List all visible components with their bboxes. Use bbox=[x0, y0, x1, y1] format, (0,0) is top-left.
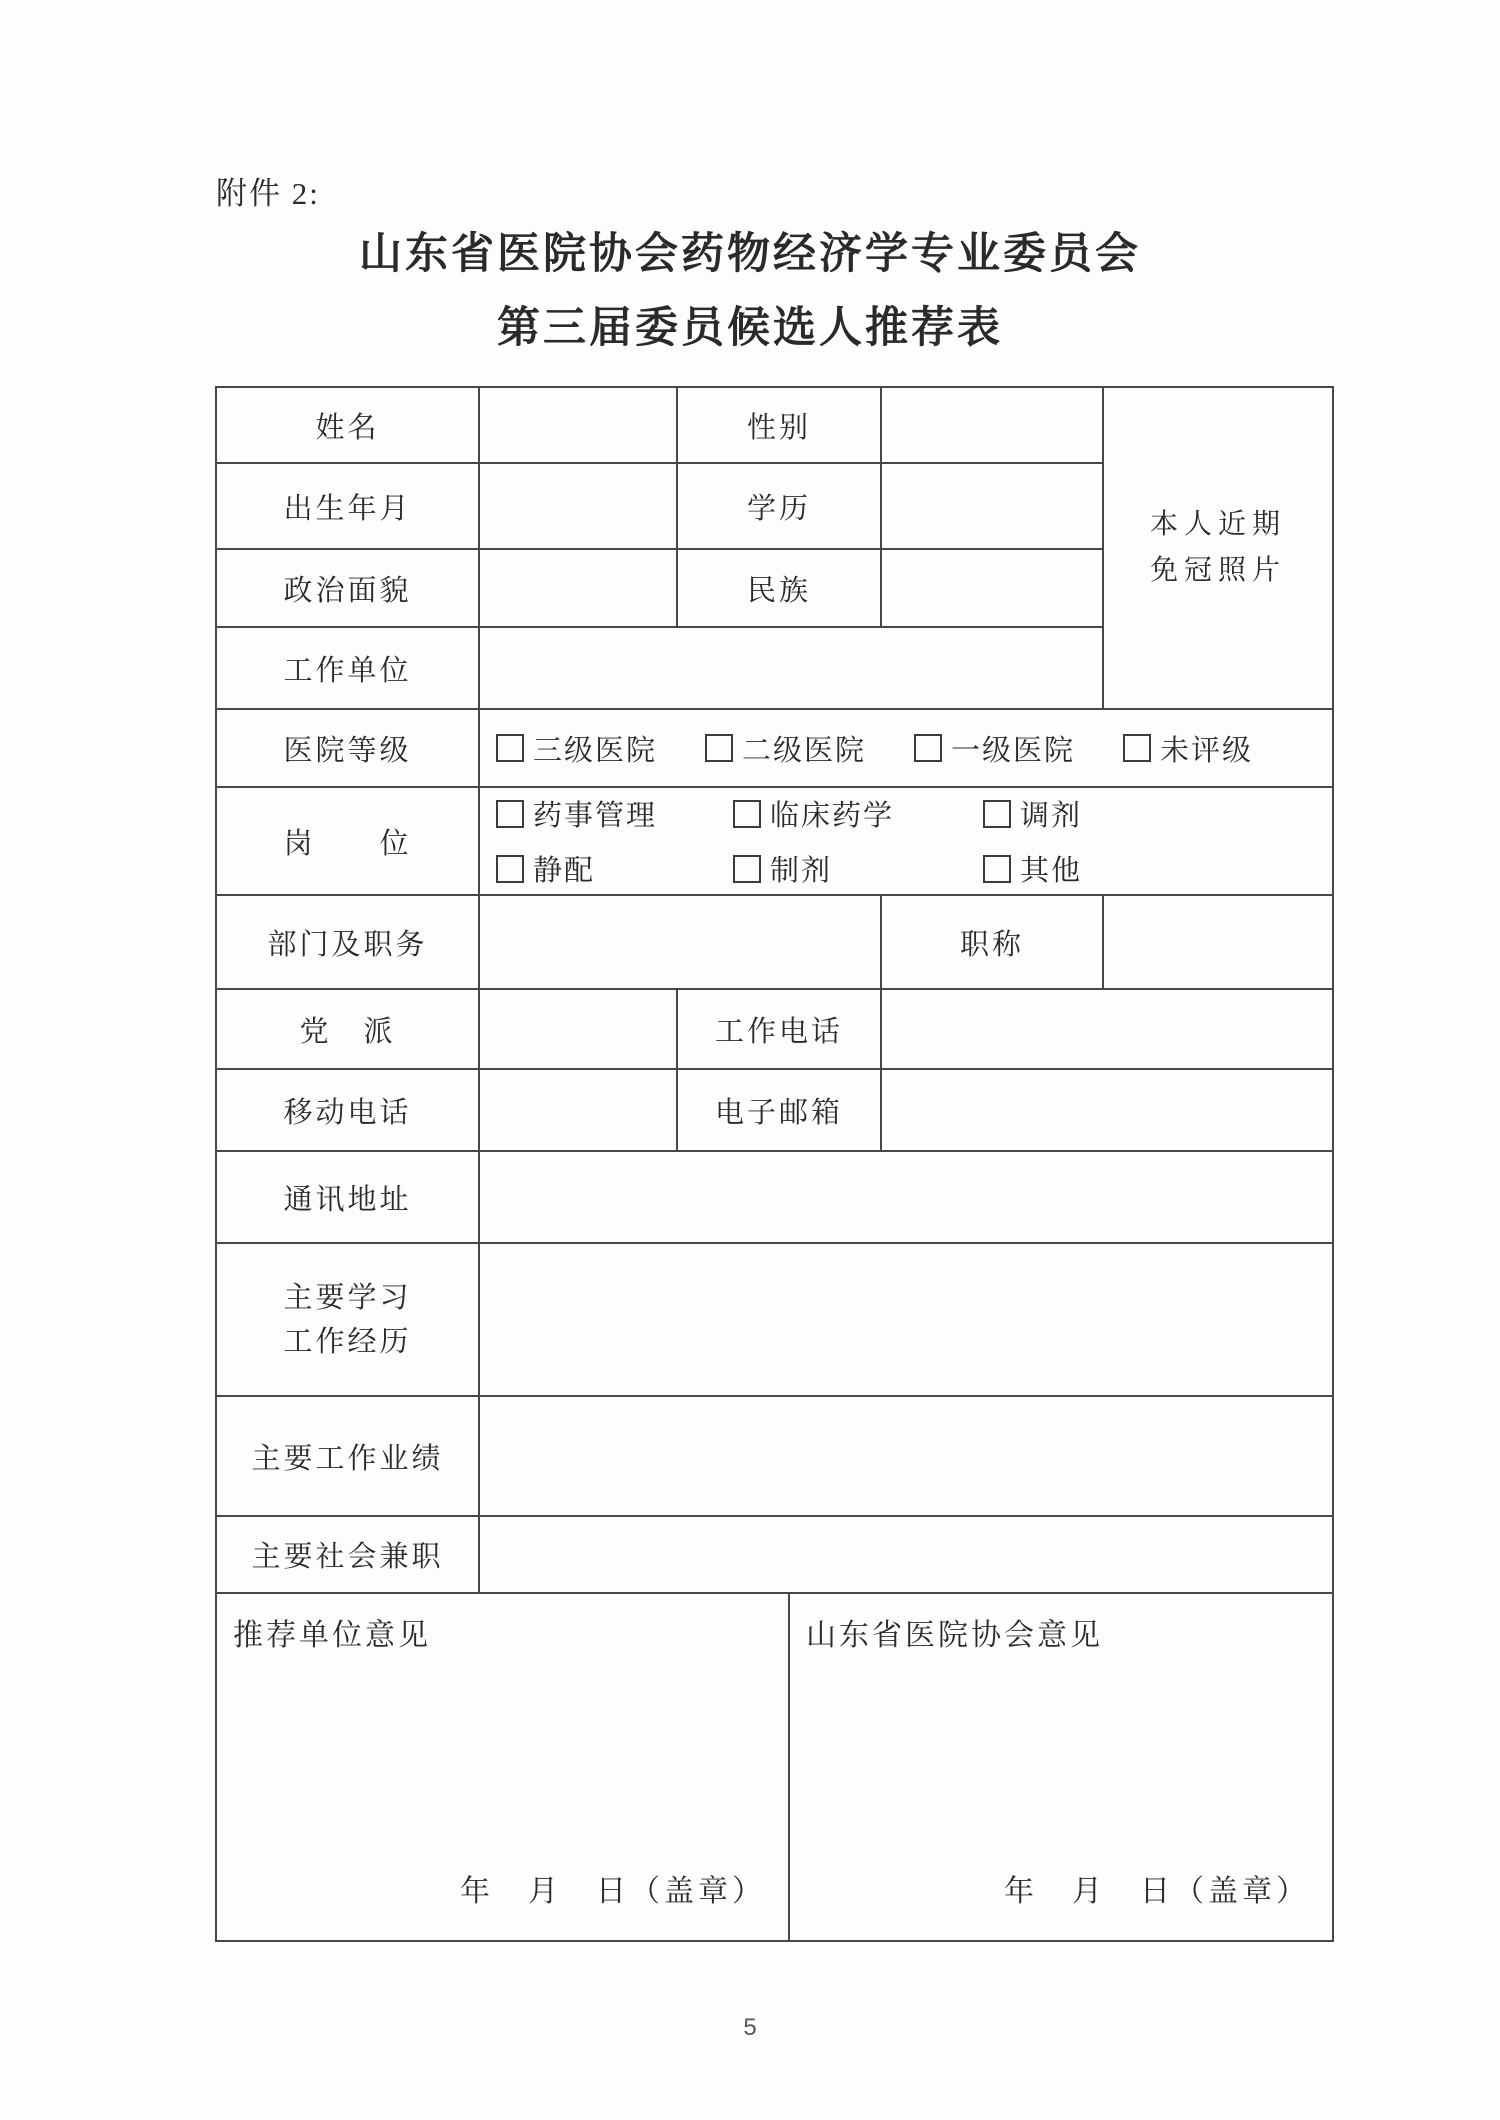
checkbox-icon bbox=[983, 855, 1011, 883]
checkbox-icon bbox=[1123, 734, 1151, 762]
option-tier2-hospital: 二级医院 bbox=[705, 728, 914, 769]
social-positions-value-cell bbox=[479, 1516, 1333, 1593]
department-label: 部门及职务 bbox=[216, 895, 479, 989]
achievements-label: 主要工作业绩 bbox=[216, 1396, 479, 1516]
option-unrated-hospital: 未评级 bbox=[1123, 728, 1332, 769]
option-label: 静配 bbox=[533, 848, 595, 889]
position-label: 岗 位 bbox=[216, 787, 479, 895]
history-label-line1: 主要学习 bbox=[217, 1276, 478, 1320]
hospital-level-label: 医院等级 bbox=[216, 709, 479, 787]
photo-note-line2: 免冠照片 bbox=[1104, 548, 1332, 594]
row-history: 主要学习 工作经历 bbox=[216, 1243, 1333, 1396]
option-other: 其他 bbox=[983, 848, 1332, 889]
row-hospital-level: 医院等级 三级医院 二级医院 一级医院 未评级 bbox=[216, 709, 1333, 787]
association-opinion-label: 山东省医院协会意见 bbox=[790, 1594, 1332, 1654]
recommendation-form-table: 姓名 性别 本人近期 免冠照片 出生年月 学历 政治面貌 民族 工作单位 医院等… bbox=[215, 386, 1334, 1942]
ethnicity-value-cell bbox=[881, 549, 1103, 627]
address-value-cell bbox=[479, 1151, 1333, 1243]
row-achievements: 主要工作业绩 bbox=[216, 1396, 1333, 1516]
row-department-title: 部门及职务 职称 bbox=[216, 895, 1333, 989]
option-label: 药事管理 bbox=[533, 793, 657, 834]
name-label: 姓名 bbox=[216, 387, 479, 463]
work-unit-value-cell bbox=[479, 627, 1103, 709]
mobile-phone-label: 移动电话 bbox=[216, 1069, 479, 1151]
option-iv-admixture: 静配 bbox=[496, 848, 733, 889]
recommending-unit-opinion-label: 推荐单位意见 bbox=[217, 1594, 788, 1654]
option-label: 未评级 bbox=[1160, 728, 1253, 769]
work-unit-label: 工作单位 bbox=[216, 627, 479, 709]
option-preparation: 制剂 bbox=[733, 848, 983, 889]
row-position: 岗 位 药事管理 临床药学 调剂 静配 制剂 其他 bbox=[216, 787, 1333, 895]
study-work-history-label: 主要学习 工作经历 bbox=[216, 1243, 479, 1396]
option-tier1-hospital: 一级医院 bbox=[914, 728, 1123, 769]
history-label-line2: 工作经历 bbox=[217, 1320, 478, 1364]
option-label: 调剂 bbox=[1020, 793, 1082, 834]
document-title-line2: 第三届委员候选人推荐表 bbox=[0, 294, 1500, 355]
association-opinion-cell: 山东省医院协会意见 年 月 日（盖章） bbox=[789, 1593, 1333, 1941]
checkbox-icon bbox=[983, 800, 1011, 828]
photo-placeholder: 本人近期 免冠照片 bbox=[1103, 387, 1333, 709]
address-label: 通讯地址 bbox=[216, 1151, 479, 1243]
row-social-positions: 主要社会兼职 bbox=[216, 1516, 1333, 1593]
work-phone-value-cell bbox=[881, 989, 1333, 1069]
name-value-cell bbox=[479, 387, 677, 463]
document-title-line1: 山东省医院协会药物经济学专业委员会 bbox=[0, 220, 1500, 281]
email-label: 电子邮箱 bbox=[677, 1069, 881, 1151]
department-value-cell bbox=[479, 895, 881, 989]
checkbox-icon bbox=[496, 800, 524, 828]
option-label: 二级医院 bbox=[742, 728, 866, 769]
option-label: 制剂 bbox=[770, 848, 832, 889]
row-mobile-email: 移动电话 电子邮箱 bbox=[216, 1069, 1333, 1151]
option-dispensing: 调剂 bbox=[983, 793, 1332, 834]
checkbox-icon bbox=[496, 855, 524, 883]
option-label: 一级医院 bbox=[951, 728, 1075, 769]
recommending-unit-seal-date: 年 月 日（盖章） bbox=[460, 1866, 766, 1910]
hospital-level-options-cell: 三级医院 二级医院 一级医院 未评级 bbox=[479, 709, 1333, 787]
photo-note-line1: 本人近期 bbox=[1104, 502, 1332, 548]
recommending-unit-opinion-cell: 推荐单位意见 年 月 日（盖章） bbox=[216, 1593, 789, 1941]
page-number: 5 bbox=[0, 2014, 1500, 2042]
mobile-phone-value-cell bbox=[479, 1069, 677, 1151]
ethnicity-label: 民族 bbox=[677, 549, 881, 627]
association-seal-date: 年 月 日（盖章） bbox=[1004, 1866, 1310, 1910]
checkbox-icon bbox=[496, 734, 524, 762]
option-label: 其他 bbox=[1020, 848, 1082, 889]
social-positions-label: 主要社会兼职 bbox=[216, 1516, 479, 1593]
option-clinical-pharmacy: 临床药学 bbox=[733, 793, 983, 834]
row-opinions: 推荐单位意见 年 月 日（盖章） 山东省医院协会意见 年 月 日（盖章） bbox=[216, 1593, 1333, 1941]
education-value-cell bbox=[881, 463, 1103, 549]
row-party-workphone: 党 派 工作电话 bbox=[216, 989, 1333, 1069]
option-tier3-hospital: 三级医院 bbox=[496, 728, 705, 769]
birth-date-value-cell bbox=[479, 463, 677, 549]
professional-title-label: 职称 bbox=[881, 895, 1103, 989]
option-pharmacy-admin: 药事管理 bbox=[496, 793, 733, 834]
achievements-value-cell bbox=[479, 1396, 1333, 1516]
professional-title-value-cell bbox=[1103, 895, 1333, 989]
gender-value-cell bbox=[881, 387, 1103, 463]
political-status-value-cell bbox=[479, 549, 677, 627]
option-label: 临床药学 bbox=[770, 793, 894, 834]
gender-label: 性别 bbox=[677, 387, 881, 463]
birth-date-label: 出生年月 bbox=[216, 463, 479, 549]
checkbox-icon bbox=[914, 734, 942, 762]
checkbox-icon bbox=[733, 800, 761, 828]
party-label: 党 派 bbox=[216, 989, 479, 1069]
work-phone-label: 工作电话 bbox=[677, 989, 881, 1069]
row-address: 通讯地址 bbox=[216, 1151, 1333, 1243]
checkbox-icon bbox=[733, 855, 761, 883]
party-value-cell bbox=[479, 989, 677, 1069]
email-value-cell bbox=[881, 1069, 1333, 1151]
row-name-gender: 姓名 性别 本人近期 免冠照片 bbox=[216, 387, 1333, 463]
study-work-history-value-cell bbox=[479, 1243, 1333, 1396]
position-options-cell: 药事管理 临床药学 调剂 静配 制剂 其他 bbox=[479, 787, 1333, 895]
education-label: 学历 bbox=[677, 463, 881, 549]
checkbox-icon bbox=[705, 734, 733, 762]
attachment-label: 附件 2: bbox=[216, 168, 320, 213]
option-label: 三级医院 bbox=[533, 728, 657, 769]
political-status-label: 政治面貌 bbox=[216, 549, 479, 627]
